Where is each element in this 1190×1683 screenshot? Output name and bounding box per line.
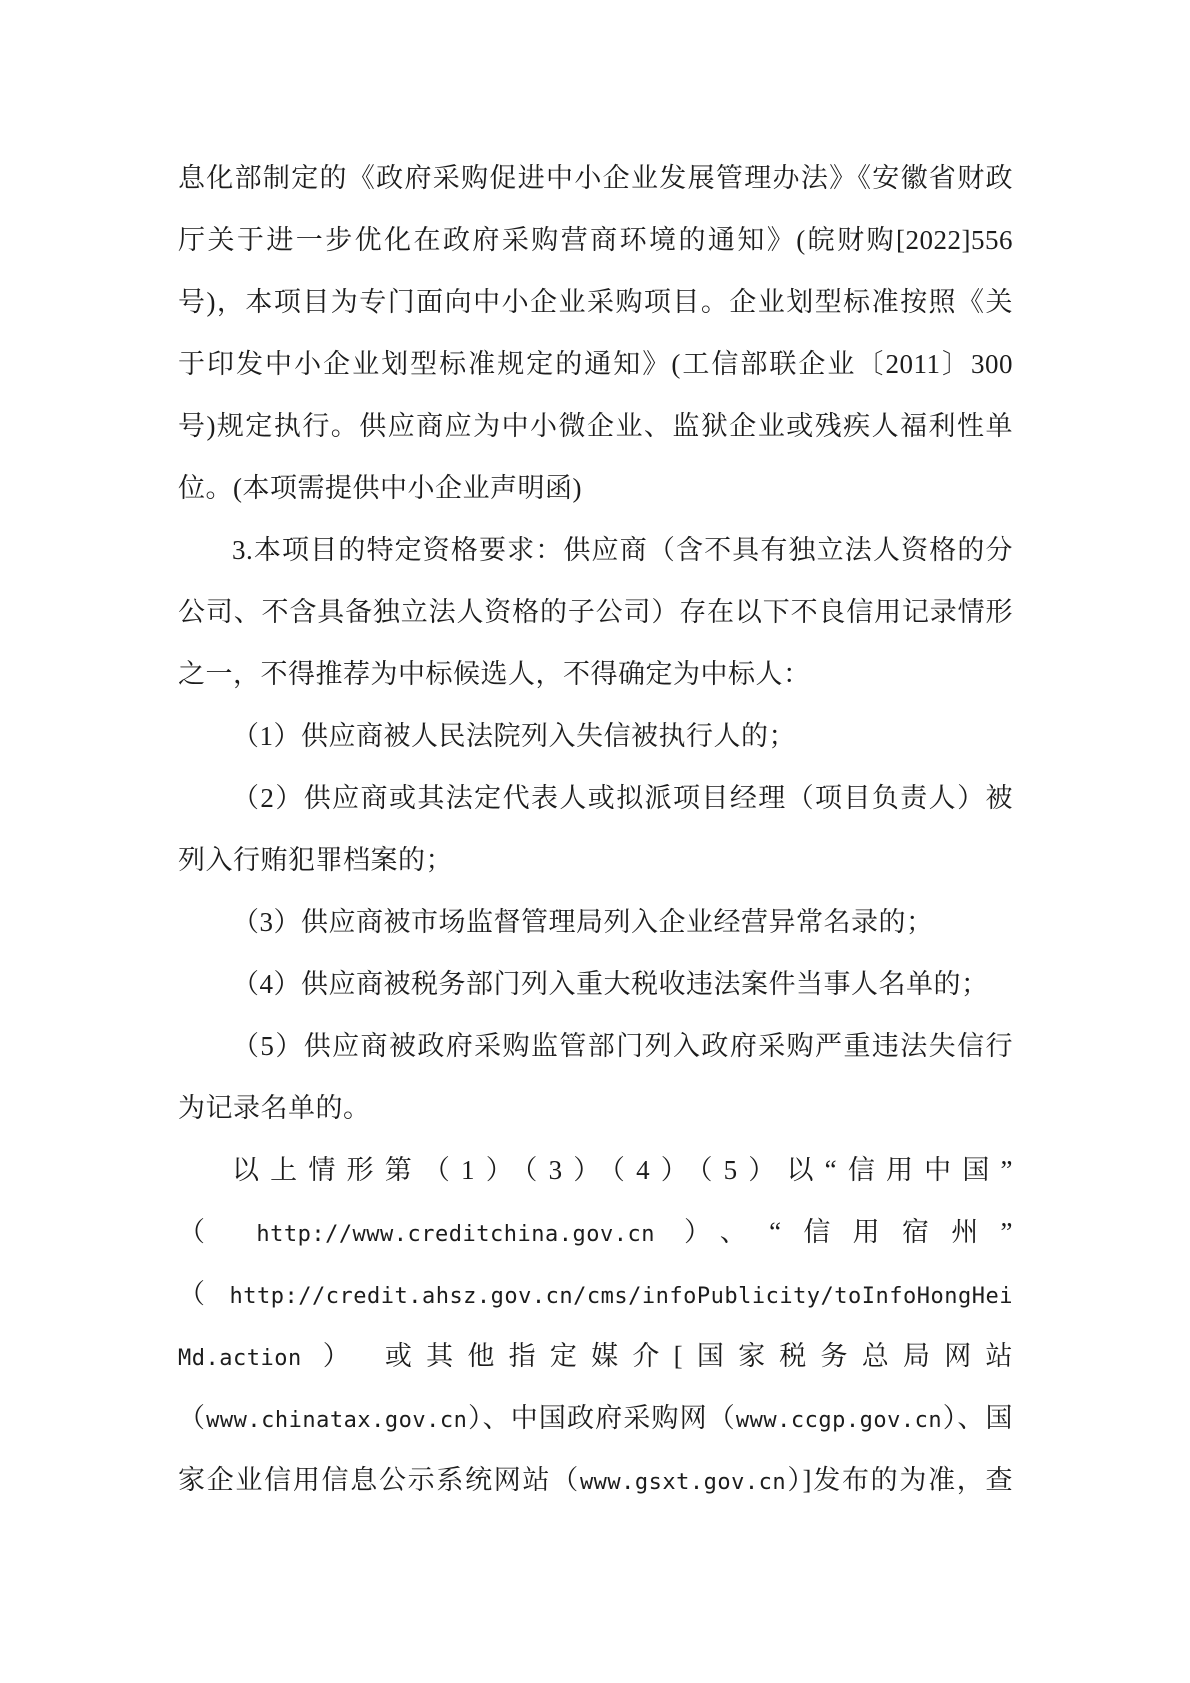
text-line: （http://credit.ahsz.gov.cn/cms/infoPubli… (178, 1263, 1013, 1325)
url-text: www.ccgp.gov.cn (736, 1408, 942, 1433)
text-segment: ）、中国政府采购网（ (467, 1403, 736, 1433)
text-segment: （ (178, 1403, 206, 1433)
text-line: 3.本项目的特定资格要求：供应商（含不具有独立法人资格的分 (178, 519, 1013, 581)
body-text-block: 息化部制定的《政府采购促进中小企业发展管理办法》《安徽省财政 厅关于进一步优化在… (178, 147, 1013, 1511)
text-line: （1）供应商被人民法院列入失信被执行人的； (178, 705, 1013, 767)
text-line: 号)规定执行。供应商应为中小微企业、监狱企业或残疾人福利性单 (178, 395, 1013, 457)
text-line: （4）供应商被税务部门列入重大税收违法案件当事人名单的； (178, 953, 1013, 1015)
url-text: http://www.creditchina.gov.cn (256, 1222, 655, 1247)
text-line: （www.chinatax.gov.cn）、中国政府采购网（www.ccgp.g… (178, 1387, 1013, 1449)
text-segment: ）、国 (942, 1403, 1013, 1433)
text-line: （3）供应商被市场监督管理局列入企业经营异常名录的； (178, 891, 1013, 953)
text-line: 之一，不得推荐为中标候选人，不得确定为中标人： (178, 643, 1013, 705)
text-line: 号)，本项目为专门面向中小企业采购项目。企业划型标准按照《关 (178, 271, 1013, 333)
url-text: http://credit.ahsz.gov.cn/cms/infoPublic… (230, 1284, 1013, 1309)
text-segment: ）、“信用宿州” (655, 1217, 1013, 1247)
text-segment: 家企业信用信息公示系统网站（ (178, 1465, 580, 1495)
text-line: Md.action ） 或其他指定媒介[国家税务总局网站 (178, 1325, 1013, 1387)
document-page: 息化部制定的《政府采购促进中小企业发展管理办法》《安徽省财政 厅关于进一步优化在… (0, 0, 1190, 1683)
text-line: 位。(本项需提供中小企业声明函) (178, 457, 1013, 519)
text-segment: （ (178, 1217, 256, 1247)
text-line: 公司、不含具备独立法人资格的子公司）存在以下不良信用记录情形 (178, 581, 1013, 643)
text-line: 家企业信用信息公示系统网站（www.gsxt.gov.cn）]发布的为准，查 (178, 1449, 1013, 1511)
text-line: 列入行贿犯罪档案的； (178, 829, 1013, 891)
text-line: 于印发中小企业划型标准规定的通知》(工信部联企业〔2011〕300 (178, 333, 1013, 395)
text-line: （5）供应商被政府采购监管部门列入政府采购严重违法失信行 (178, 1015, 1013, 1077)
text-line: （2）供应商或其法定代表人或拟派项目经理（项目负责人）被 (178, 767, 1013, 829)
url-text: www.gsxt.gov.cn (580, 1470, 786, 1495)
url-text: Md.action (178, 1346, 302, 1371)
url-text: www.chinatax.gov.cn (206, 1408, 467, 1433)
text-segment: （ (178, 1279, 230, 1309)
text-line: 息化部制定的《政府采购促进中小企业发展管理办法》《安徽省财政 (178, 147, 1013, 209)
text-line: 为记录名单的。 (178, 1077, 1013, 1139)
text-segment: ） 或其他指定媒介[国家税务总局网站 (302, 1341, 1013, 1371)
text-line: 以上情形第（1）（3）（4）（5）以“信用中国” (178, 1139, 1013, 1201)
text-line: （ http://www.creditchina.gov.cn ）、“信用宿州” (178, 1201, 1013, 1263)
text-segment: ）]发布的为准，查 (786, 1465, 1013, 1495)
text-line: 厅关于进一步优化在政府采购营商环境的通知》(皖财购[2022]556 (178, 209, 1013, 271)
